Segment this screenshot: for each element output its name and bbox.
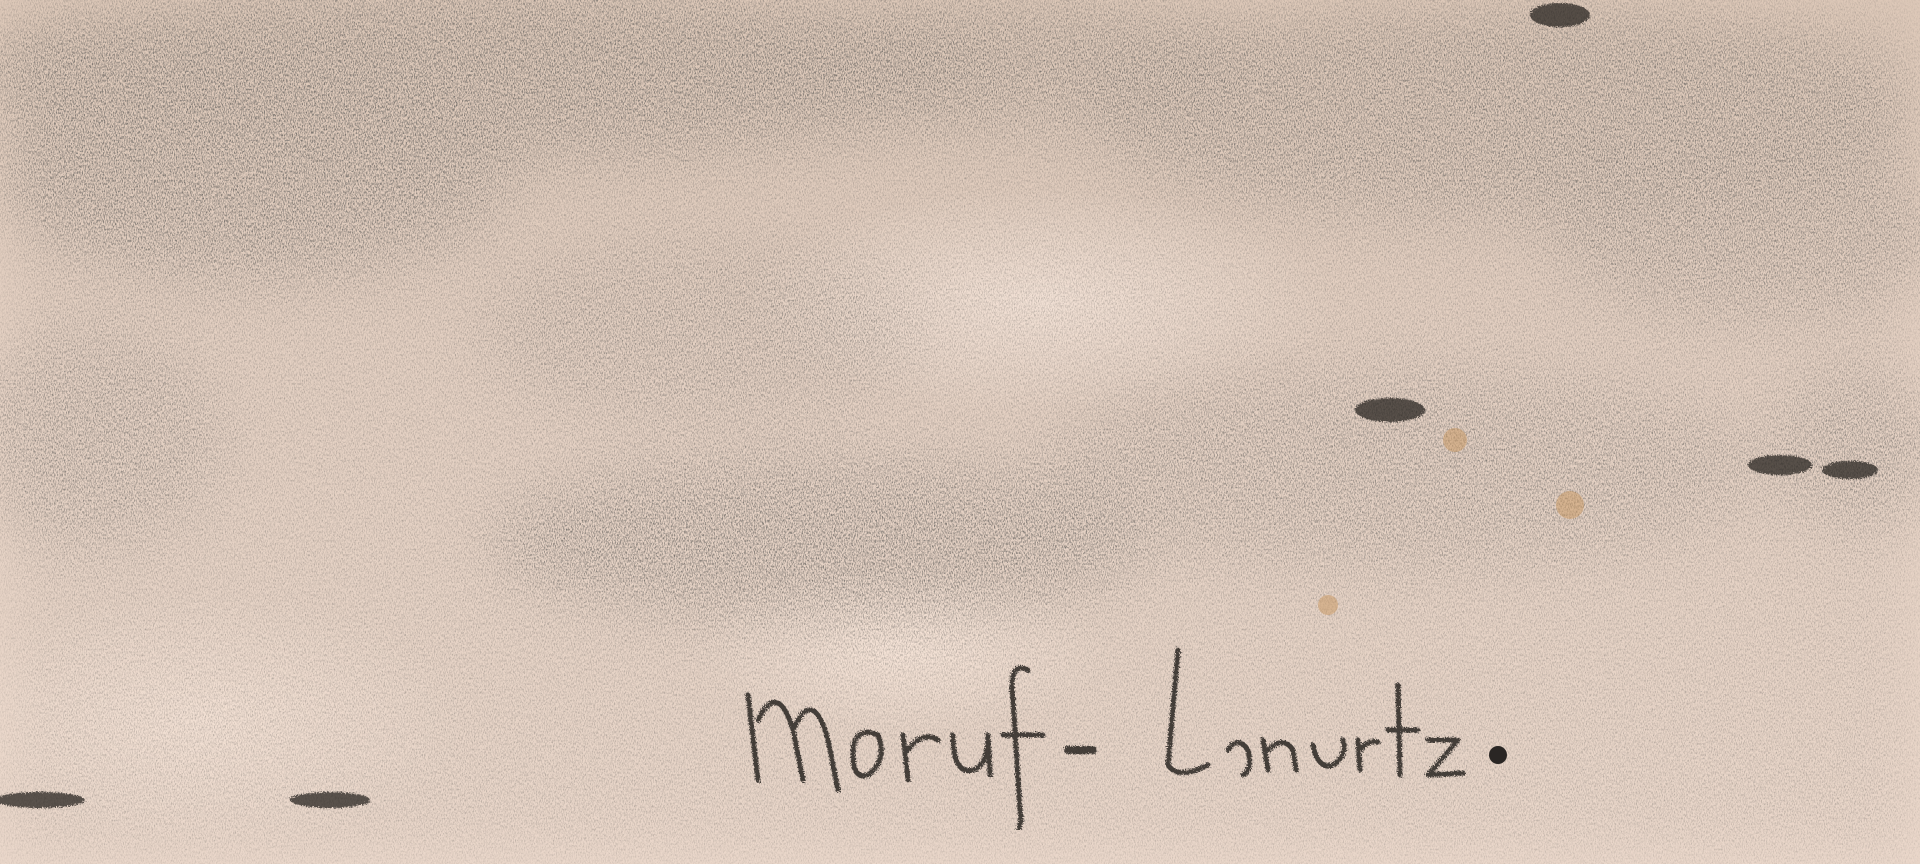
charcoal-drawing: Maufra-Lenoir. — [0, 0, 1920, 864]
signature-strokes — [738, 640, 1668, 830]
artist-signature: Maufra-Lenoir. — [738, 640, 1668, 830]
